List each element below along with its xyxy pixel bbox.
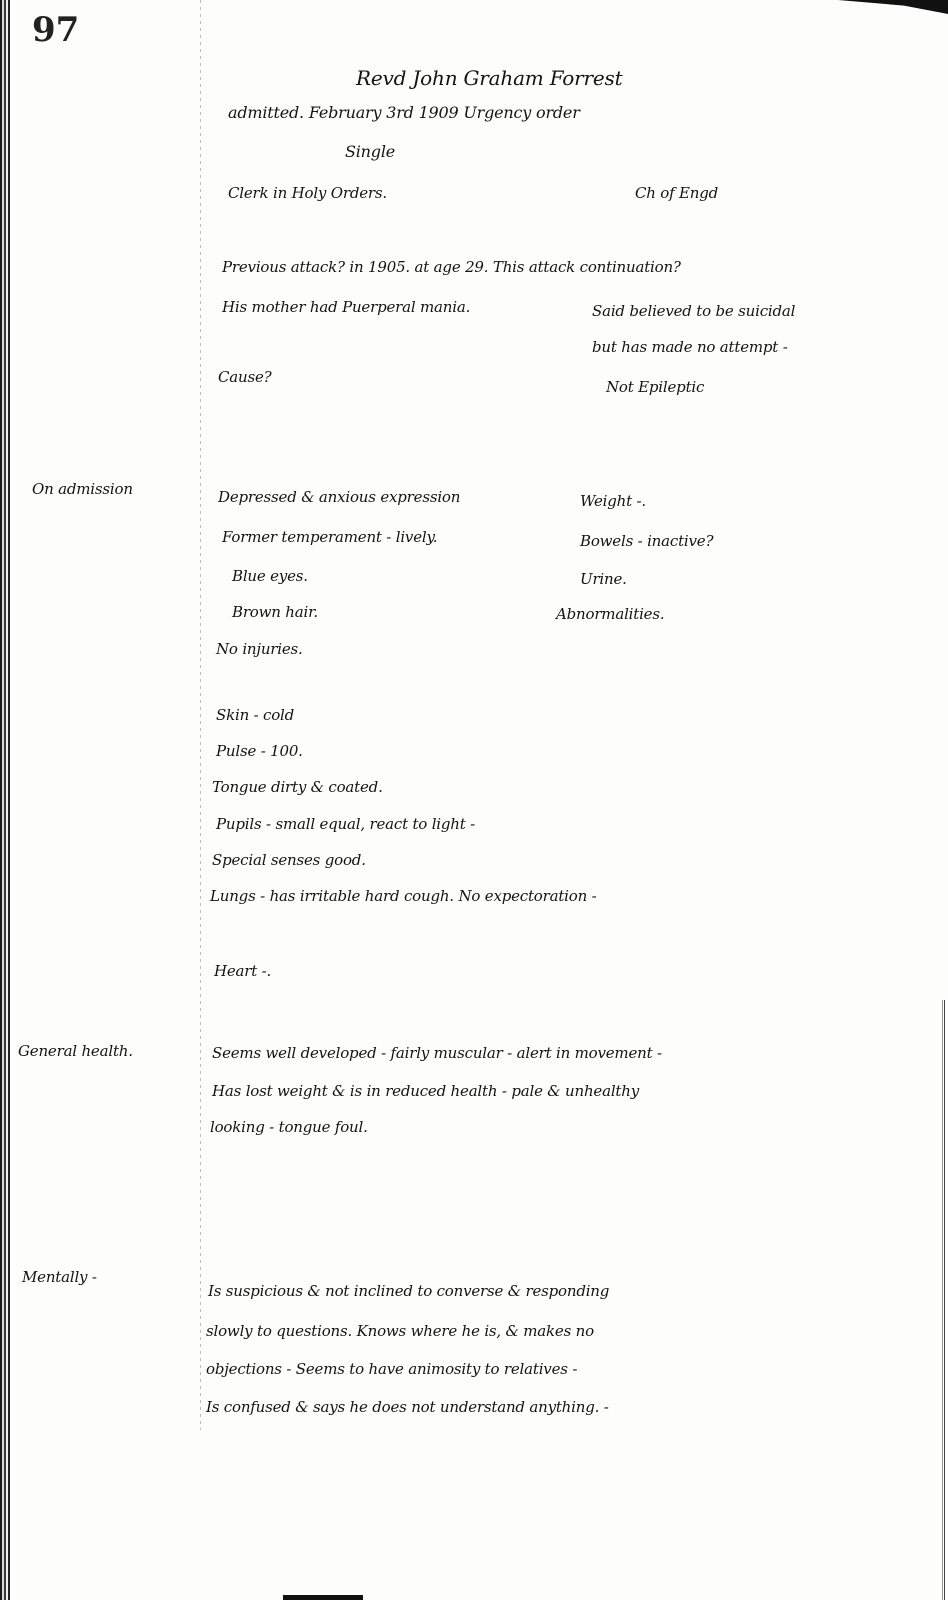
scan-artifact	[283, 1595, 363, 1600]
casebook-page: 97 Revd John Graham Forrest admitted. Fe…	[0, 0, 948, 1600]
admission-left-item: Brown hair.	[232, 603, 318, 621]
exam-finding: Lungs - has irritable hard cough. No exp…	[210, 887, 597, 905]
book-spine-edge	[0, 0, 14, 1600]
mentally-line: objections - Seems to have animosity to …	[206, 1360, 577, 1378]
admission-line: admitted. February 3rd 1909 Urgency orde…	[228, 103, 580, 122]
exam-finding: Pupils - small equal, react to light -	[216, 815, 475, 833]
exam-finding: Heart -.	[214, 962, 271, 980]
section-label-mentally: Mentally -	[22, 1268, 97, 1286]
general-health-line: Has lost weight & is in reduced health -…	[212, 1082, 639, 1100]
section-label-general-health: General health.	[18, 1042, 133, 1060]
admission-right-item: Abnormalities.	[556, 605, 664, 623]
section-label-on-admission: On admission	[32, 480, 133, 498]
page-number: 97	[32, 10, 79, 50]
admission-left-item: No injuries.	[216, 640, 303, 658]
suicidal-note: Said believed to be suicidal	[592, 302, 795, 320]
patient-name: Revd John Graham Forrest	[356, 66, 622, 90]
occupation: Clerk in Holy Orders.	[228, 184, 387, 202]
margin-rule	[200, 0, 201, 1430]
mentally-line: slowly to questions. Knows where he is, …	[206, 1322, 594, 1340]
admission-left-item: Former temperament - lively.	[222, 528, 437, 546]
religion: Ch of Engd	[635, 184, 718, 202]
exam-finding: Tongue dirty & coated.	[212, 778, 383, 796]
admission-right-item: Bowels - inactive?	[580, 532, 713, 550]
admission-right-item: Weight -.	[580, 492, 646, 510]
admission-left-item: Depressed & anxious expression	[218, 488, 460, 506]
admission-right-item: Urine.	[580, 570, 627, 588]
exam-finding: Skin - cold	[216, 706, 294, 724]
suicidal-note-cont: but has made no attempt -	[592, 338, 788, 356]
mentally-line: Is suspicious & not inclined to converse…	[208, 1282, 609, 1300]
heredity: His mother had Puerperal mania.	[222, 298, 470, 316]
general-health-line: Seems well developed - fairly muscular -…	[212, 1044, 662, 1062]
page-corner-shadow	[838, 0, 948, 14]
exam-finding: Pulse - 100.	[216, 742, 303, 760]
page-right-edge	[942, 1000, 948, 1600]
epileptic-note: Not Epileptic	[606, 378, 704, 396]
exam-finding: Special senses good.	[212, 851, 366, 869]
cause: Cause?	[218, 368, 272, 386]
mentally-line: Is confused & says he does not understan…	[206, 1398, 609, 1416]
marital-status: Single	[345, 142, 395, 161]
admission-left-item: Blue eyes.	[232, 567, 308, 585]
general-health-line: looking - tongue foul.	[210, 1118, 368, 1136]
previous-attack: Previous attack? in 1905. at age 29. Thi…	[222, 258, 681, 276]
